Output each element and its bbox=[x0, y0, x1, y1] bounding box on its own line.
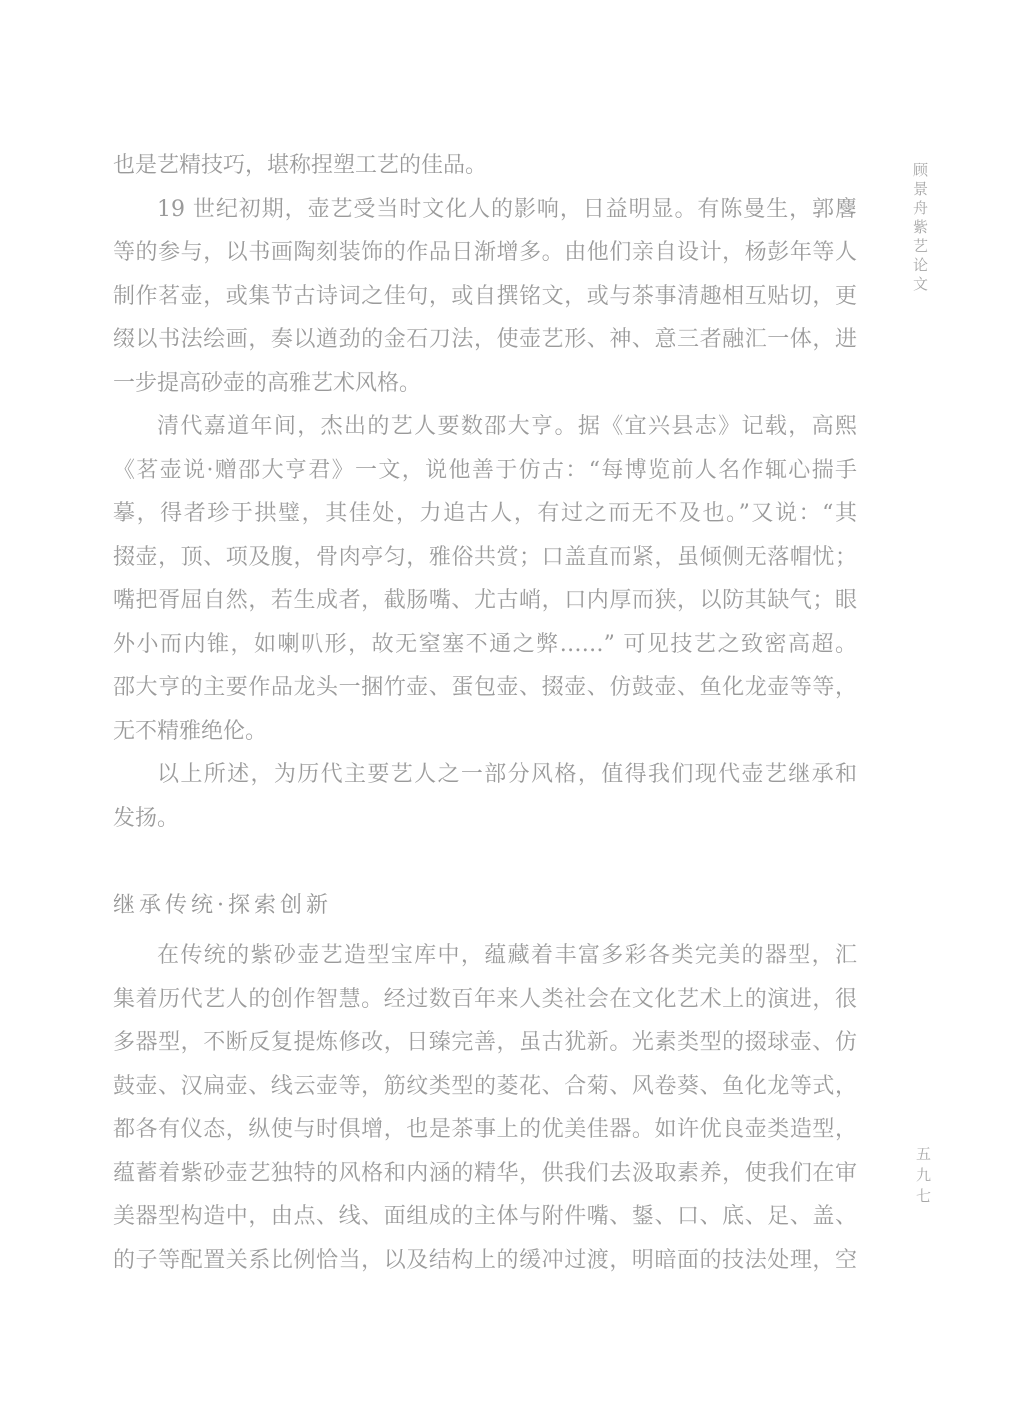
text-line: 美器型构造中，由点、线、面组成的主体与附件嘴、鋬、口、底、足、盖、 bbox=[113, 1195, 857, 1239]
text-line: 无不精雅绝伦。 bbox=[113, 710, 857, 754]
text-line: 也是艺精技巧，堪称捏塑工艺的佳品。 bbox=[113, 144, 857, 188]
section-heading: 继承传统·探索创新 bbox=[113, 884, 332, 928]
text-line: 制作茗壶，或集节古诗词之佳句，或自撰铭文，或与茶事清趣相互贴切，更 bbox=[113, 275, 857, 319]
text-line: 邵大亨的主要作品龙头一捆竹壶、蛋包壶、掇壶、仿鼓壶、鱼化龙壶等等， bbox=[113, 666, 857, 710]
text-line: 鼓壶、汉扁壶、线云壶等，筋纹类型的菱花、合菊、风卷葵、鱼化龙等式， bbox=[113, 1065, 857, 1109]
text-line: 摹，得者珍于拱璧，其佳处，力追古人，有过之而无不及也。”又说：“其 bbox=[113, 492, 857, 536]
running-title: 顾景舟紫艺论文 bbox=[910, 162, 931, 295]
text-line: 《茗壶说·赠邵大亨君》一文，说他善于仿古：“每博览前人名作辄心揣手 bbox=[113, 449, 857, 493]
book-page: 也是艺精技巧，堪称捏塑工艺的佳品。 19 世纪初期，壶艺受当时文化人的影响，日益… bbox=[0, 0, 1016, 1424]
text-line: 在传统的紫砂壶艺造型宝库中，蕴藏着丰富多彩各类完美的器型，汇 bbox=[113, 934, 857, 978]
text-line: 嘴把胥屈自然，若生成者，截肠嘴、尤古峭，口内厚而狭，以防其缺气；眼 bbox=[113, 579, 857, 623]
text-line: 一步提高砂壶的高雅艺术风格。 bbox=[113, 362, 857, 406]
text-line: 缀以书法绘画，奏以遒劲的金石刀法，使壶艺形、神、意三者融汇一体，进 bbox=[113, 318, 857, 362]
text-line: 以上所述，为历代主要艺人之一部分风格，值得我们现代壶艺继承和 bbox=[113, 753, 857, 797]
text-line: 都各有仪态，纵使与时俱增，也是茶事上的优美佳器。如许优良壶类造型， bbox=[113, 1108, 857, 1152]
text-line: 发扬。 bbox=[113, 797, 857, 841]
page-number: 五九七 bbox=[913, 1146, 934, 1209]
text-line: 多器型，不断反复提炼修改，日臻完善，虽古犹新。光素类型的掇球壶、仿 bbox=[113, 1021, 857, 1065]
text-line: 清代嘉道年间，杰出的艺人要数邵大亨。据《宜兴县志》记载，高熙 bbox=[113, 405, 857, 449]
main-text-part1: 也是艺精技巧，堪称捏塑工艺的佳品。 19 世纪初期，壶艺受当时文化人的影响，日益… bbox=[113, 144, 857, 840]
main-text-part2: 在传统的紫砂壶艺造型宝库中，蕴藏着丰富多彩各类完美的器型，汇 集着历代艺人的创作… bbox=[113, 934, 857, 1282]
text-line: 外小而内锥，如喇叭形，故无窒塞不通之弊……” 可见技艺之致密高超。 bbox=[113, 623, 857, 667]
text-line: 蕴蓄着紫砂壶艺独特的风格和内涵的精华，供我们去汲取素养，使我们在审 bbox=[113, 1152, 857, 1196]
text-line: 掇壶，顶、项及腹，骨肉亭匀，雅俗共赏；口盖直而紧，虽倾侧无落帽忧； bbox=[113, 536, 857, 580]
text-line: 19 世纪初期，壶艺受当时文化人的影响，日益明显。有陈曼生，郭麐 bbox=[113, 188, 857, 232]
text-line: 集着历代艺人的创作智慧。经过数百年来人类社会在文化艺术上的演进，很 bbox=[113, 978, 857, 1022]
text-line: 等的参与，以书画陶刻装饰的作品日渐增多。由他们亲自设计，杨彭年等人 bbox=[113, 231, 857, 275]
text-line: 的子等配置关系比例恰当，以及结构上的缓冲过渡，明暗面的技法处理，空 bbox=[113, 1239, 857, 1283]
